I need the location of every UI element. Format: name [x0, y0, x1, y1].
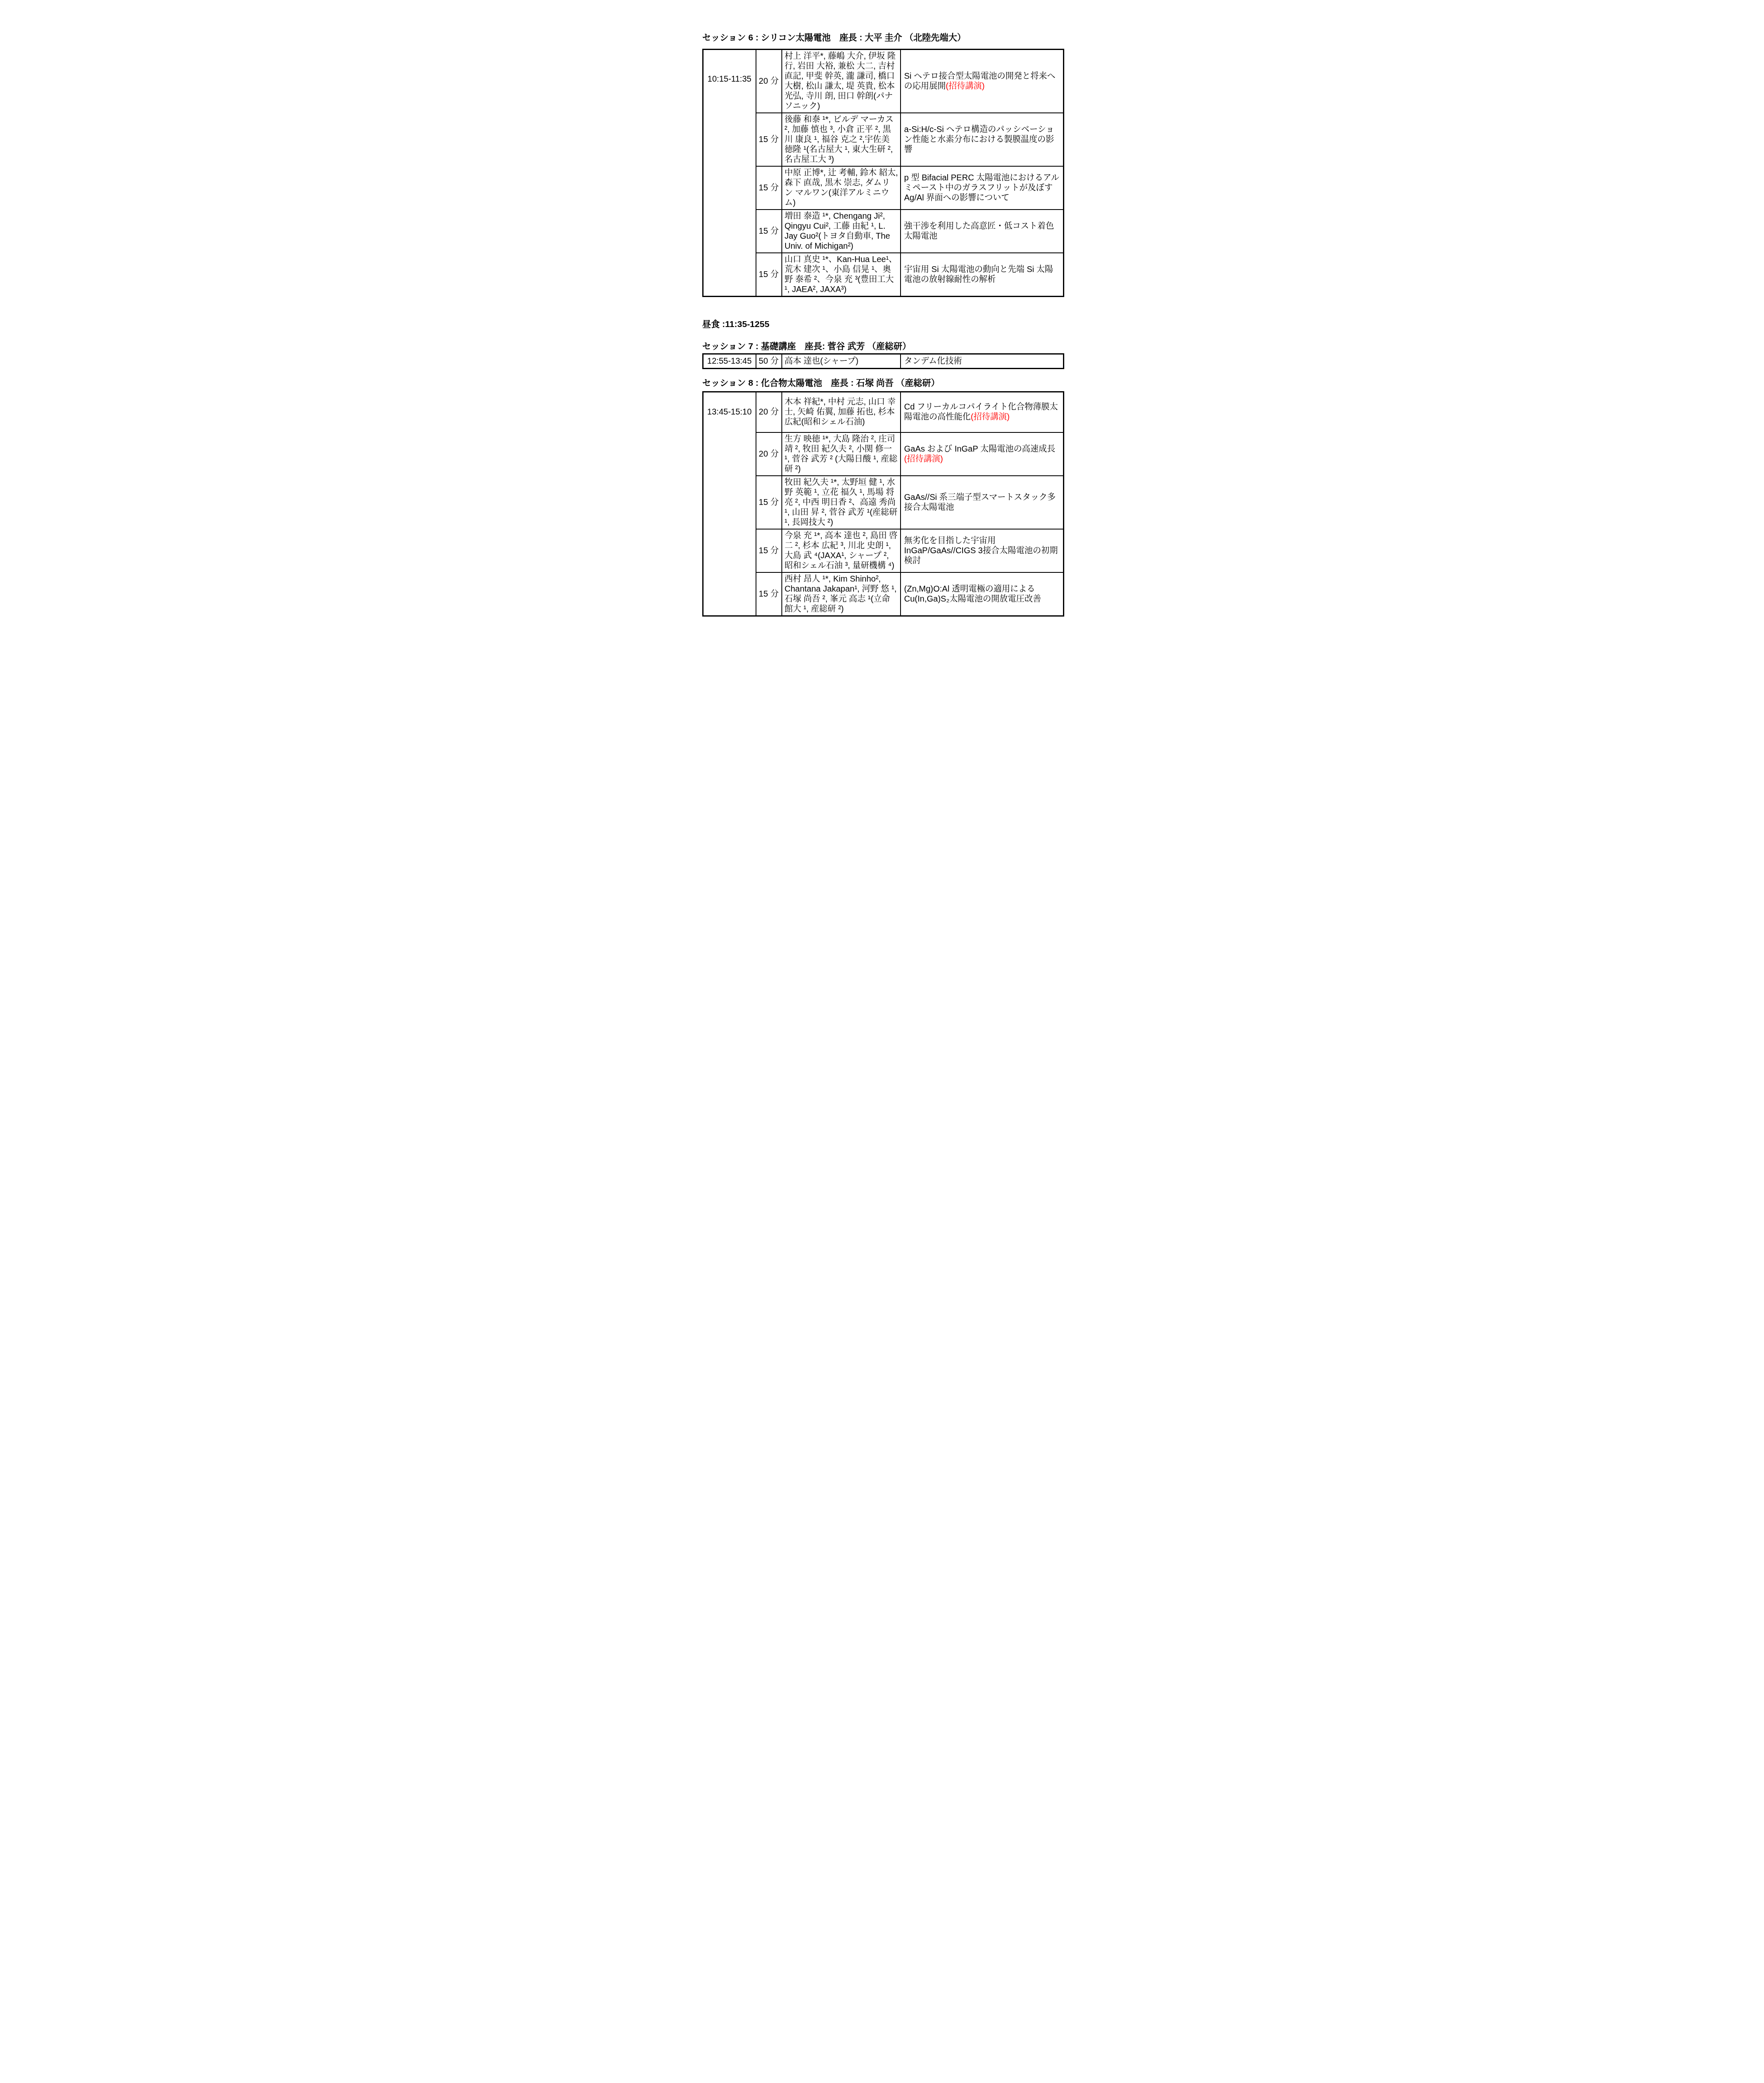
- table-row: 15 分 増田 泰造 ¹*, Chengang Ji², Qingyu Cui²…: [703, 210, 1064, 253]
- title-cell: GaAs//Si 系三端子型スマートスタック多接合太陽電池: [901, 476, 1064, 529]
- session-6-heading: セッション 6 : シリコン太陽電池 座長 : 大平 圭介 （北陸先端大）: [702, 32, 1063, 43]
- authors-cell: 今泉 充 ¹*, 高本 達也 ², 島田 啓二 ², 杉本 広紀 ³, 川北 史…: [782, 529, 901, 572]
- title-cell: a-Si:H/c-Si ヘテロ構造のパッシベーション性能と水素分布における製膜温…: [901, 113, 1064, 166]
- title-cell: 無劣化を目指した宇宙用 InGaP/GaAs//CIGS 3接合太陽電池の初期検…: [901, 529, 1064, 572]
- table-row: 10:15-11:35 20 分 村上 洋平*, 藤嶋 大介, 伊坂 隆行, 岩…: [703, 50, 1064, 113]
- table-row: 15 分 山口 真史 ¹*、Kan-Hua Lee¹、荒木 建次 ¹、小島 信晃…: [703, 253, 1064, 297]
- title-cell: 強干渉を利用した高意匠・低コスト着色太陽電池: [901, 210, 1064, 253]
- title-cell: (Zn,Mg)O:Al 透明電極の適用による Cu(In,Ga)S₂太陽電池の開…: [901, 572, 1064, 616]
- authors-cell: 山口 真史 ¹*、Kan-Hua Lee¹、荒木 建次 ¹、小島 信晃 ¹、奥野…: [782, 253, 901, 297]
- duration-cell: 20 分: [756, 50, 782, 113]
- time-cell: 10:15-11:35: [703, 50, 756, 297]
- table-row: 15 分 今泉 充 ¹*, 高本 達也 ², 島田 啓二 ², 杉本 広紀 ³,…: [703, 529, 1064, 572]
- session-8-heading: セッション 8 : 化合物太陽電池 座長 : 石塚 尚吾 （産総研）: [702, 378, 1063, 389]
- table-row: 12:55-13:45 50 分 高本 達也(シャープ) タンデム化技術: [703, 354, 1064, 369]
- title-cell: p 型 Bifacial PERC 太陽電池におけるアルミペースト中のガラスフリ…: [901, 166, 1064, 210]
- title-cell: 宇宙用 Si 太陽電池の動向と先端 Si 太陽電池の放射線耐性の解析: [901, 253, 1064, 297]
- duration-cell: 50 分: [756, 354, 782, 369]
- invited-label: (招待講演): [971, 412, 1010, 422]
- lunch-note: 昼食 :11:35-1255: [702, 319, 1063, 330]
- authors-cell: 増田 泰造 ¹*, Chengang Ji², Qingyu Cui², 工藤 …: [782, 210, 901, 253]
- authors-cell: 木本 祥紀*, 中村 元志, 山口 幸士, 矢崎 佑翼, 加藤 拓也, 杉本 広…: [782, 392, 901, 432]
- talk-title: 宇宙用 Si 太陽電池の動向と先端 Si 太陽電池の放射線耐性の解析: [904, 265, 1053, 284]
- duration-cell: 20 分: [756, 432, 782, 476]
- table-row: 15 分 牧田 紀久夫 ¹*, 太野垣 健 ¹, 水野 英範 ¹, 立花 福久 …: [703, 476, 1064, 529]
- duration-cell: 15 分: [756, 113, 782, 166]
- talk-title: GaAs および InGaP 太陽電池の高速成長: [904, 445, 1055, 454]
- title-cell: タンデム化技術: [901, 354, 1064, 369]
- time-cell: 12:55-13:45: [703, 354, 756, 369]
- authors-cell: 後藤 和泰 ¹*, ビルデ マーカス ², 加藤 慎也 ³, 小倉 正平 ², …: [782, 113, 901, 166]
- duration-cell: 15 分: [756, 253, 782, 297]
- table-row: 15 分 西村 昂人 ¹*, Kim Shinho², Chantana Jak…: [703, 572, 1064, 616]
- table-row: 15 分 中原 正博*, 辻 考輔, 鈴木 紹太, 森下 直哉, 黒木 崇志, …: [703, 166, 1064, 210]
- talk-title: (Zn,Mg)O:Al 透明電極の適用による Cu(In,Ga)S₂太陽電池の開…: [904, 584, 1041, 604]
- title-cell: Si ヘテロ接合型太陽電池の開発と将来への応用展開(招待講演): [901, 50, 1064, 113]
- session-8-table: 13:45-15:10 20 分 木本 祥紀*, 中村 元志, 山口 幸士, 矢…: [702, 391, 1064, 617]
- table-row: 13:45-15:10 20 分 木本 祥紀*, 中村 元志, 山口 幸士, 矢…: [703, 392, 1064, 432]
- table-row: 20 分 生方 映徳 ¹*, 大島 隆治 ², 庄司 靖 ², 牧田 紀久夫 ²…: [703, 432, 1064, 476]
- authors-cell: 高本 達也(シャープ): [782, 354, 901, 369]
- program-page: セッション 6 : シリコン太陽電池 座長 : 大平 圭介 （北陸先端大） 10…: [661, 0, 1103, 625]
- table-row: 15 分 後藤 和泰 ¹*, ビルデ マーカス ², 加藤 慎也 ³, 小倉 正…: [703, 113, 1064, 166]
- session-6-table: 10:15-11:35 20 分 村上 洋平*, 藤嶋 大介, 伊坂 隆行, 岩…: [702, 49, 1064, 297]
- duration-cell: 15 分: [756, 476, 782, 529]
- duration-cell: 15 分: [756, 166, 782, 210]
- duration-cell: 15 分: [756, 572, 782, 616]
- duration-cell: 20 分: [756, 392, 782, 432]
- talk-title: p 型 Bifacial PERC 太陽電池におけるアルミペースト中のガラスフリ…: [904, 173, 1060, 202]
- authors-cell: 西村 昂人 ¹*, Kim Shinho², Chantana Jakapan¹…: [782, 572, 901, 616]
- session-7-heading: セッション 7 : 基礎講座 座長: 菅谷 武芳 （産総研）: [702, 341, 1063, 352]
- duration-cell: 15 分: [756, 210, 782, 253]
- time-cell: 13:45-15:10: [703, 392, 756, 616]
- talk-title: 強干渉を利用した高意匠・低コスト着色太陽電池: [904, 222, 1054, 241]
- talk-title: 無劣化を目指した宇宙用 InGaP/GaAs//CIGS 3接合太陽電池の初期検…: [904, 536, 1058, 565]
- invited-label: (招待講演): [946, 82, 985, 91]
- title-cell: GaAs および InGaP 太陽電池の高速成長(招待講演): [901, 432, 1064, 476]
- duration-cell: 15 分: [756, 529, 782, 572]
- authors-cell: 牧田 紀久夫 ¹*, 太野垣 健 ¹, 水野 英範 ¹, 立花 福久 ¹, 馬場…: [782, 476, 901, 529]
- talk-title: GaAs//Si 系三端子型スマートスタック多接合太陽電池: [904, 493, 1056, 512]
- talk-title: a-Si:H/c-Si ヘテロ構造のパッシベーション性能と水素分布における製膜温…: [904, 125, 1054, 154]
- session-7-table: 12:55-13:45 50 分 高本 達也(シャープ) タンデム化技術: [702, 353, 1064, 369]
- talk-title: タンデム化技術: [904, 357, 962, 366]
- authors-cell: 村上 洋平*, 藤嶋 大介, 伊坂 隆行, 岩田 大裕, 兼松 大二, 吉村 直…: [782, 50, 901, 113]
- authors-cell: 中原 正博*, 辻 考輔, 鈴木 紹太, 森下 直哉, 黒木 崇志, ダムリン …: [782, 166, 901, 210]
- invited-label: (招待講演): [904, 454, 1061, 464]
- authors-cell: 生方 映徳 ¹*, 大島 隆治 ², 庄司 靖 ², 牧田 紀久夫 ², 小関 …: [782, 432, 901, 476]
- title-cell: Cd フリーカルコパイライト化合物薄膜太陽電池の高性能化(招待講演): [901, 392, 1064, 432]
